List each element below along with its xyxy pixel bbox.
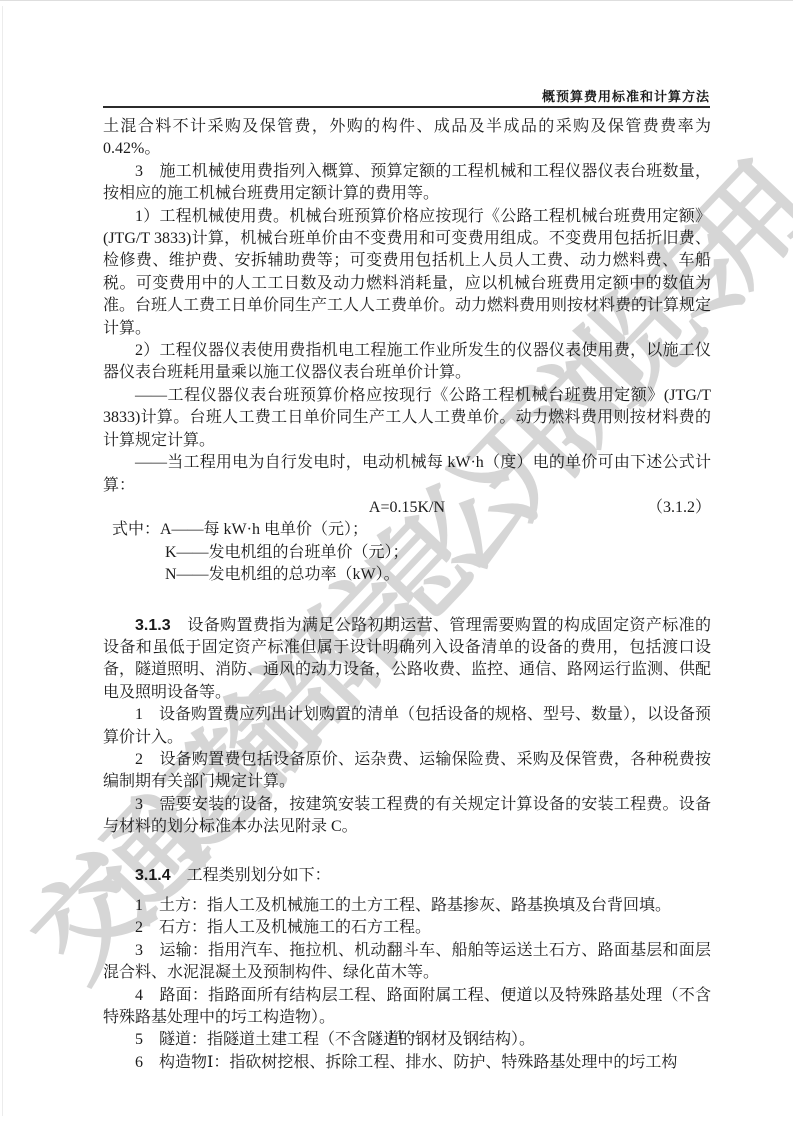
scan-edge-left (2, 6, 3, 1116)
paragraph: ——当工程用电为自行发电时，电动机械每 kW·h（度）电的单价可由下述公式计算： (103, 452, 711, 497)
scan-edge-top (0, 0, 793, 1)
vertical-spacer (103, 839, 711, 865)
definition-line: 式中：A——每 kW·h 电单价（元）； (103, 519, 711, 541)
formula-expression: A=0.15K/N (369, 499, 445, 516)
paragraph: ——工程仪器仪表台班预算价格应按现行《公路工程机械台班费用定额》(JTG/T 3… (103, 385, 711, 452)
page-number: - 11 - (0, 1028, 793, 1044)
symbol-definitions: 式中：A——每 kW·h 电单价（元）；K——发电机组的台班单价（元）；N——发… (103, 519, 711, 586)
paragraph: 2 石方：指人工及机械施工的石方工程。 (103, 917, 711, 939)
paragraph: 3 施工机械使用费指列入概算、预算定额的工程机械和工程仪器仪表台班数量，按相应的… (103, 161, 711, 206)
paragraph: 3 需要安装的设备，按建筑安装工程费的有关规定计算设备的安装工程费。设备与材料的… (103, 794, 711, 839)
section-number: 3.1.4 (135, 867, 187, 884)
paragraph: 1 设备购置费应列出计划购置的清单（包括设备的规格、型号、数量），以设备预算价计… (103, 704, 711, 749)
paragraph: 1 土方：指人工及机械施工的土方工程、路基掺灰、路基换填及台背回填。 (103, 895, 711, 917)
paragraph: 3.1.3 设备购置费指为满足公路初期运营、管理需要购置的构成固定资产标准的设备… (103, 615, 711, 705)
formula-row: A=0.15K/N（3.1.2） (103, 497, 711, 519)
paragraph: 土混合料不计采购及保管费，外购的构件、成品及半成品的采购及保管费费率为 0.42… (103, 116, 711, 161)
paragraph: 1）工程机械使用费。机械台班预算价格应按现行《公路工程机械台班费用定额》(JTG… (103, 206, 711, 340)
paragraph: 2）工程仪器仪表使用费指机电工程施工作业所发生的仪器仪表使用费，以施工仪器仪表台… (103, 340, 711, 385)
header-rule (103, 106, 710, 108)
paragraph: 3 运输：指用汽车、拖拉机、机动翻斗车、船舶等运送土石方、路面基层和面层混合料、… (103, 940, 711, 985)
equation-number: （3.1.2） (647, 497, 711, 519)
paragraph: 2 设备购置费包括设备原价、运杂费、运输保险费、采购及保管费，各种税费按编制期有… (103, 749, 711, 794)
section-number: 3.1.3 (135, 617, 187, 634)
paragraph: 6 构造物Ⅰ：指砍树挖根、拆除工程、排水、防护、特殊路基处理中的圬工构 (103, 1052, 711, 1074)
paragraph: 3.1.4 工程类别划分如下： (103, 865, 711, 887)
running-header: 概预算费用标准和计算方法 (103, 86, 710, 105)
document-page: 交通运输部信息公开浏览专用 概预算费用标准和计算方法 土混合料不计采购及保管费，… (0, 0, 793, 1122)
vertical-spacer (103, 587, 711, 615)
definition-line: K——发电机组的台班单价（元）； (103, 542, 711, 564)
paragraph: 4 路面：指路面所有结构层工程、路面附属工程、便道以及特殊路基处理（不含特殊路基… (103, 985, 711, 1030)
definition-line: N——发电机组的总功率（kW）。 (103, 564, 711, 586)
document-body: 土混合料不计采购及保管费，外购的构件、成品及半成品的采购及保管费费率为 0.42… (103, 116, 711, 1074)
